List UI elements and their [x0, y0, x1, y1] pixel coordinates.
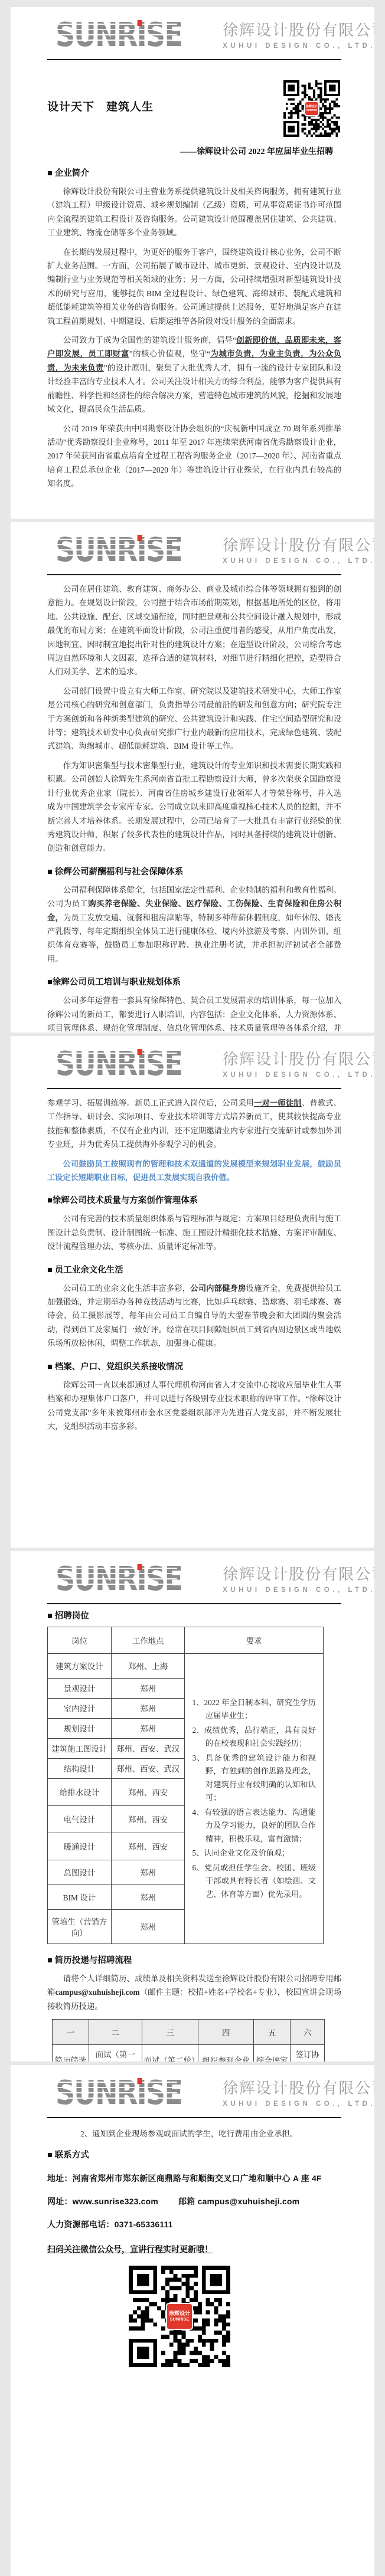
job-location: 郑州 — [111, 1699, 185, 1719]
section-apply-process: ■ 简历投递与招聘流程 — [47, 1955, 341, 1967]
page-5: SUNRISE 徐辉设计股份有限公司 XUHUI DESIGN CO., LTD… — [11, 2065, 374, 2576]
jobs-table-header-row: 岗位 工作地点 要求 — [48, 1627, 324, 1654]
text-segment: 公司致力于成为全国性的建筑设计服务商，倡导“ — [63, 336, 236, 345]
job-row: 建筑方案设计 郑州、上海 1、2022 年全日制本科、研究生学历应届毕业生； 2… — [48, 1654, 324, 1679]
intro-paragraph-4: 公司 2019 年荣获由中国勘察设计协会组织的“庆祝新中国成立 70 周年系列推… — [47, 422, 341, 491]
company-names: 徐辉设计股份有限公司 XUHUI DESIGN CO., LTD. — [223, 1050, 374, 1079]
steps-value-row: 简历筛选 面试（第一轮） 面试（第二轮） 组织参观企业 综合评定 签订协议 — [53, 2045, 325, 2062]
header-rule — [47, 2117, 341, 2118]
logo-red-dot-i: I — [137, 1045, 146, 1083]
page-2: SUNRISE 徐辉设计股份有限公司 XUHUI DESIGN CO., LTD… — [11, 522, 374, 1033]
company-names: 徐辉设计股份有限公司 XUHUI DESIGN CO., LTD. — [223, 2079, 374, 2108]
logo-text: SE — [146, 1560, 182, 1598]
job-title: 建筑施工图设计 — [48, 1739, 112, 1759]
col-header-job: 岗位 — [48, 1627, 112, 1654]
job-location: 郑州、上海 — [111, 1654, 185, 1679]
company-slogan: 设计天下 建筑人生 — [47, 80, 154, 114]
job-location: 郑州、西安 — [111, 1779, 185, 1806]
intro-paragraph-3: 公司致力于成为全国性的建筑设计服务商，倡导“创新即价值，品质即未来，客户即发展，… — [47, 333, 341, 416]
logo-red-dot-i: I — [137, 2074, 146, 2112]
section-archive: ■ 档案、户口、党组织关系接收情况 — [47, 1361, 341, 1373]
col-header-requirement: 要求 — [185, 1627, 324, 1654]
logo-text: SUNR — [56, 16, 137, 54]
header-rule — [47, 59, 341, 60]
step-label: 面试（第一轮） — [89, 2045, 142, 2062]
qr-logo-cn: 徐辉设计 — [169, 2310, 190, 2316]
job-location: 郑州 — [111, 1679, 185, 1699]
quality-paragraph: 公司有完善的技术质量组织体系与管理标准与规定：方案项目经理负责制与施工图设计总负… — [47, 1212, 341, 1253]
welfare-paragraph: 公司福利保障体系健全，包括国家法定性福利、企业特制的福利和教育性福利。公司为员工… — [47, 883, 341, 966]
job-title: 给排水设计 — [48, 1779, 112, 1806]
company-header: SUNRISE 徐辉设计股份有限公司 XUHUI DESIGN CO., LTD… — [47, 7, 341, 60]
step-label: 组织参观企业 — [198, 2045, 254, 2062]
company-name-cn: 徐辉设计股份有限公司 — [223, 536, 374, 554]
text-segment: 参观学习、拓展训练等。新员工正式进入岗位后，公司采用 — [47, 1099, 254, 1107]
job-location: 郑州 — [111, 1719, 185, 1739]
contact-website: 网址：www.sunrise323.com — [47, 2197, 158, 2206]
step-label: 综合评定 — [254, 2045, 291, 2062]
step-number: 三 — [142, 2020, 198, 2045]
section-welfare: ■ 徐辉公司薪酬福利与社会保障体系 — [47, 866, 341, 878]
company-name-cn: 徐辉设计股份有限公司 — [223, 1050, 374, 1068]
company-names: 徐辉设计股份有限公司 XUHUI DESIGN CO., LTD. — [223, 1565, 374, 1594]
step-number: 一 — [53, 2020, 89, 2045]
career-development-paragraph: 公司鼓励员工按照现有的管理和技术双通道的发展模型来规划职业发展，鼓励员工设定长短… — [47, 1157, 341, 1185]
apply-paragraph: 请将个人详细简历、成绩单及相关资料发送至徐辉设计股份有限公司招聘专用邮箱camp… — [47, 1972, 341, 2013]
job-location: 郑州 — [111, 1860, 185, 1885]
header-rule — [47, 1088, 341, 1089]
qr-center-logo: 徐辉设计 SUNRISE — [304, 101, 319, 116]
logo-text: SUNR — [56, 1045, 137, 1083]
logo-text: SE — [146, 531, 182, 569]
text-segment: ”的核心价值观，坚守“ — [129, 349, 210, 358]
contact-web-email-line: 网址：www.sunrise323.com邮箱 campus@xuhuishej… — [47, 2195, 341, 2207]
steps-header-row: 一 二 三 四 五 六 — [53, 2020, 325, 2045]
step-number: 二 — [89, 2020, 142, 2045]
logo-red-dot-i: I — [137, 1560, 146, 1598]
job-title: 管培生（营销方向） — [48, 1910, 112, 1944]
step-label: 签订协议 — [291, 2045, 325, 2062]
intro-paragraph-2: 在长期的发展过程中，为更好的服务于客户，围绕建筑设计核心业务，公司不断扩大业务范… — [47, 245, 341, 328]
job-title: 结构设计 — [48, 1759, 112, 1779]
page-3: SUNRISE 徐辉设计股份有限公司 XUHUI DESIGN CO., LTD… — [11, 1036, 374, 1548]
sunrise-logo: SUNRISE — [56, 1047, 182, 1081]
departments-paragraph: 公司部门设置中设立有大师工作室、研究院以及建筑技术研发中心，大师工作室是公司核心… — [47, 684, 341, 753]
logo-red-dot-i: I — [137, 531, 146, 569]
job-title: 总图设计 — [48, 1860, 112, 1885]
company-header: SUNRISE 徐辉设计股份有限公司 XUHUI DESIGN CO., LTD… — [47, 1036, 341, 1089]
job-title: 景观设计 — [48, 1679, 112, 1699]
logo-text: SE — [146, 2074, 182, 2112]
intro-paragraph-1: 徐辉设计股份有限公司主营业务系提供建筑设计及相关咨询服务，拥有建筑行业（建筑工程… — [47, 185, 341, 240]
step-number: 五 — [254, 2020, 291, 2045]
job-title: 暖通设计 — [48, 1833, 112, 1860]
text-segment: 公司员工的业余文化生活丰富多彩， — [63, 1284, 190, 1293]
company-name-cn: 徐辉设计股份有限公司 — [223, 1565, 374, 1583]
section-quality: ■徐辉公司技术质量与方案创作管理体系 — [47, 1195, 341, 1207]
logo-text: SE — [146, 16, 182, 54]
qr-follow-note: 扫码关注微信公众号，宣讲行程实时更新哦！ — [47, 2243, 341, 2255]
logo-red-dot-i: I — [137, 16, 146, 54]
requirement-item: 6、党员或担任学生会、校团、班级干部或具有特长者（如绘画、文艺、体育等方面）优先… — [192, 1861, 316, 1902]
gym-bold-segment: 公司内部健身房 — [190, 1284, 246, 1293]
company-name-en: XUHUI DESIGN CO., LTD. — [223, 2100, 374, 2108]
page-4: SUNRISE 徐辉设计股份有限公司 XUHUI DESIGN CO., LTD… — [11, 1551, 374, 2062]
company-names: 徐辉设计股份有限公司 XUHUI DESIGN CO., LTD. — [223, 21, 374, 50]
header-rule — [47, 574, 341, 575]
requirement-item: 5、认同企业文化及价值观； — [192, 1847, 316, 1860]
interview-note-2: 2、通知到企业现场参观或面试的学生，吃行费用由企业承担。 — [47, 2128, 341, 2139]
job-location: 郑州 — [111, 1885, 185, 1910]
job-title: 室内设计 — [48, 1699, 112, 1719]
page-1: SUNRISE 徐辉设计股份有限公司 XUHUI DESIGN CO., LTD… — [11, 7, 374, 519]
training-paragraph-part2: 参观学习、拓展训练等。新员工正式进入岗位后，公司采用一对一师徒制、普教式、工作指… — [47, 1096, 341, 1152]
contact-phone: 人力资源部电话：0371-65336111 — [47, 2218, 341, 2230]
requirement-item: 4、有较强的语言表达能力、沟通能力及学习能力，良好的团队合作精神，积极乐观，富有… — [192, 1806, 316, 1846]
requirement-item: 3、具备优秀的建筑设计能力和视野，有独到的创作思路及理念，对建筑行业有较明确的认… — [192, 1752, 316, 1805]
header-rule — [47, 1603, 341, 1604]
creative-ability-paragraph: 公司在居住建筑、教育建筑、商务办公、商业及城市综合体等领域拥有独到的创意能力。在… — [47, 582, 341, 679]
contact-email: 邮箱 campus@xuhuisheji.com — [178, 2197, 299, 2206]
logo-text: SUNR — [56, 1560, 137, 1598]
job-title: 电气设计 — [48, 1806, 112, 1833]
job-location: 郑州、西安 — [111, 1806, 185, 1833]
job-title: 规划设计 — [48, 1719, 112, 1739]
step-number: 六 — [291, 2020, 325, 2045]
sunrise-logo: SUNRISE — [56, 533, 182, 568]
section-jobs: ■ 招聘岗位 — [47, 1610, 341, 1622]
job-location: 郑州 — [111, 1910, 185, 1944]
section-contact: ■ 联系方式 — [47, 2149, 341, 2161]
company-header: SUNRISE 徐辉设计股份有限公司 XUHUI DESIGN CO., LTD… — [47, 522, 341, 575]
job-location: 郑州、西安、武汉 — [111, 1739, 185, 1759]
company-name-cn: 徐辉设计股份有限公司 — [223, 2079, 374, 2097]
sunrise-logo: SUNRISE — [56, 18, 182, 53]
job-location: 郑州、西安 — [111, 1833, 185, 1860]
company-header: SUNRISE 徐辉设计股份有限公司 XUHUI DESIGN CO., LTD… — [47, 2065, 341, 2118]
job-location: 郑州、西安、武汉 — [111, 1759, 185, 1779]
company-name-en: XUHUI DESIGN CO., LTD. — [223, 42, 374, 50]
text-segment: 为员工发放交通、就餐和租房津贴等，特制多种带薪休假制度，如年休假、婚丧产乳假等，… — [47, 913, 341, 963]
section-training: ■徐辉公司员工培训与职业规划体系 — [47, 976, 341, 988]
company-names: 徐辉设计股份有限公司 XUHUI DESIGN CO., LTD. — [223, 536, 374, 565]
company-name-en: XUHUI DESIGN CO., LTD. — [223, 1587, 374, 1594]
logo-text: SUNR — [56, 2074, 137, 2112]
jobs-table: 岗位 工作地点 要求 建筑方案设计 郑州、上海 1、2022 年全日制本科、研究… — [47, 1627, 324, 1944]
section-company-intro: ■ 企业简介 — [47, 168, 341, 179]
company-header: SUNRISE 徐辉设计股份有限公司 XUHUI DESIGN CO., LTD… — [47, 1551, 341, 1604]
wechat-qr-code-small: 徐辉设计 SUNRISE — [283, 80, 340, 137]
talent-paragraph: 作为知识密集型与技术密集型行业，建筑设计的专业知识和技术需要长期实践和积累。公司… — [47, 759, 341, 856]
company-name-cn: 徐辉设计股份有限公司 — [223, 21, 374, 39]
col-header-location: 工作地点 — [111, 1627, 185, 1654]
mentor-system-segment: 一对一师徒制 — [254, 1099, 302, 1107]
contact-address: 地址：河南省郑州市郑东新区商鼎路与和顺街交叉口广地和顺中心 A 座 4F — [47, 2172, 341, 2184]
wechat-qr-code-large: 徐辉设计 SUNRISE — [129, 2266, 230, 2367]
sunrise-logo: SUNRISE — [56, 1562, 182, 1597]
sunrise-logo: SUNRISE — [56, 2076, 182, 2110]
logo-text: SUNR — [56, 531, 137, 569]
recruitment-subtitle: ——徐辉设计公司 2022 年应届毕业生招聘 — [47, 145, 341, 157]
qr-logo-en: SUNRISE — [170, 2316, 190, 2322]
culture-life-paragraph: 公司员工的业余文化生活丰富多彩，公司内部健身房设施齐全，免费提供给员工加强锻炼，… — [47, 1282, 341, 1351]
requirements-cell: 1、2022 年全日制本科、研究生学历应届毕业生； 2、成绩优秀，品行端正，具有… — [185, 1654, 324, 1944]
process-steps-table: 一 二 三 四 五 六 简历筛选 面试（第一轮） 面试（第二轮） 组织参观企业 … — [52, 2019, 325, 2062]
qr-logo-en: SUNRISE — [306, 109, 317, 112]
job-title: 建筑方案设计 — [48, 1654, 112, 1679]
text-segment: 设施齐全，免费提供给员工加强锻炼，并定期举办各种竞技活动与比赛，比如乒乓球赛、篮… — [47, 1284, 341, 1348]
recruitment-email: campus@xuhuisheji.com — [56, 1988, 140, 1997]
section-culture-life: ■ 员工业余文化生活 — [47, 1264, 341, 1276]
archive-paragraph: 徐辉公司一直以来都通过人事代理机构河南省人才交流中心接收应届毕业生人事档案和办理… — [47, 1378, 341, 1434]
company-name-en: XUHUI DESIGN CO., LTD. — [223, 1071, 374, 1079]
step-label: 简历筛选 — [53, 2045, 89, 2062]
step-number: 四 — [198, 2020, 254, 2045]
training-paragraph-part1: 公司多年运营着一套具有徐辉特色、契合员工发展需求的培训体系，每一位加入徐辉公司的… — [47, 994, 341, 1033]
requirement-item: 1、2022 年全日制本科、研究生学历应届毕业生； — [192, 1696, 316, 1723]
step-label: 面试（第二轮） — [142, 2045, 198, 2062]
company-name-en: XUHUI DESIGN CO., LTD. — [223, 558, 374, 565]
qr-center-logo: 徐辉设计 SUNRISE — [166, 2303, 193, 2330]
logo-text: SE — [146, 1045, 182, 1083]
requirement-item: 2、成绩优秀，品行端正，具有良好的在校表现和社会实践经历； — [192, 1724, 316, 1751]
job-title: BIM 设计 — [48, 1885, 112, 1910]
